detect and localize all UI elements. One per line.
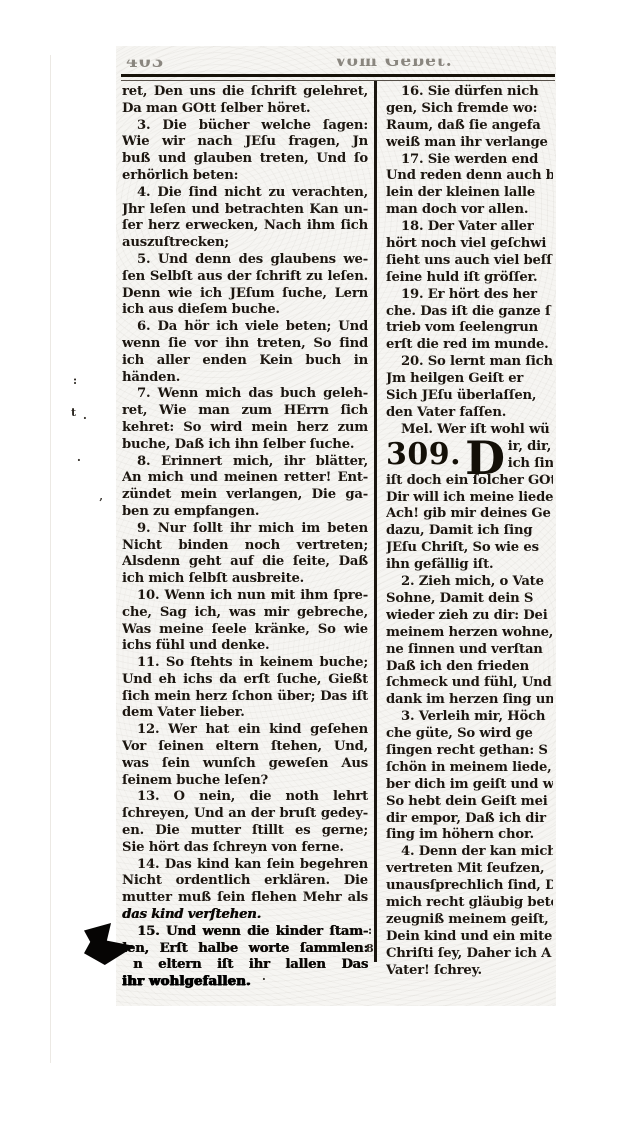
ink-speck: .: [262, 972, 266, 982]
text-line: 10. Wenn ich nun mit ihm ſpre-: [122, 588, 368, 605]
text-line: meinem herzen wohne,: [386, 625, 553, 642]
text-line: Da man GOtt ſelber höret.: [122, 101, 368, 118]
text-line: 17. Sie werden end: [386, 152, 553, 169]
text-line: wieder zieh zu dir: Dei: [386, 608, 553, 625]
hymn-dropcap-initial: D: [465, 439, 505, 477]
text-line: Chriſti ſey, Daher ich A: [386, 946, 553, 963]
text-line: 6. Da hör ich viele beten; Und: [122, 319, 368, 336]
text-line: 8. Erinnert mich, ihr blätter,: [122, 454, 368, 471]
text-line: 19. Er hört des her: [386, 287, 553, 304]
text-line: Jm heilgen Geiſt er: [386, 371, 553, 388]
text-line: Nicht binden noch vertreten;: [122, 538, 368, 555]
text-line: Raum, daß ſie angefa: [386, 118, 553, 135]
text-line: ich mich ſelbſt ausbreite.: [122, 571, 368, 588]
column-divider-rule: [374, 81, 377, 962]
text-line: en. Die mutter ſtillt es gerne;: [122, 823, 368, 840]
text-line: das kind verſtehen.: [122, 907, 368, 924]
text-line: Jhr leſen und betrachten Kan un-: [122, 202, 368, 219]
text-line: 5. Und denn des glaubens we-: [122, 252, 368, 269]
text-line: 4. Die ſind nicht zu verachten,: [122, 185, 368, 202]
ink-speck: 8: [366, 944, 374, 954]
text-line: JEſu Chriſt, So wie es: [386, 540, 553, 557]
right-column-top-lines: 16. Sie dürfen nichgen, Sich fremde wo:R…: [386, 84, 553, 439]
text-line: man doch vor allen.: [386, 202, 553, 219]
ink-speck: t: [71, 408, 76, 418]
text-line: 14. Das kind kan ſein begehren: [122, 857, 368, 874]
text-line: 11. So ſtehts in keinem buche;: [122, 655, 368, 672]
text-line: 18. Der Vater aller: [386, 219, 553, 236]
text-line: wenn ſie vor ihn treten, So find: [122, 336, 368, 353]
text-line: Daß ich den frieden: [386, 659, 553, 676]
text-line: Nicht ordentlich erklären. Die: [122, 873, 368, 890]
hymn-dropcap-sidelines: ir, dir, Je ich ſingen,: [508, 439, 553, 473]
text-line: vertreten Mit ſeufzen,: [386, 861, 553, 878]
text-line: ir, dir, Je: [508, 439, 553, 454]
text-line: lein der kleinen lalle: [386, 185, 553, 202]
hymn-309-heading: 309. D ir, dir, Je ich ſingen,: [386, 439, 553, 473]
hymn-number: 309.: [386, 439, 461, 471]
text-line: 7. Wenn mich das buch geleh-: [122, 386, 368, 403]
text-line: mich recht gläubig bete: [386, 895, 553, 912]
text-line: 12. Wer hat ein kind geſehen: [122, 722, 368, 739]
text-line: buß und glauben treten, Und ſo: [122, 151, 368, 168]
header-rule-thin: [121, 80, 555, 81]
text-line: che, Sag ich, was mir gebreche,: [122, 605, 368, 622]
text-line: An mich und meinen retter! Ent-: [122, 470, 368, 487]
text-line: che. Das iſt die ganze ſ: [386, 304, 553, 321]
text-line: gen, Sich fremde wo:: [386, 101, 553, 118]
text-line: ſeine huld iſt gröſſer.: [386, 270, 553, 287]
text-line: ret, Den uns die ſchrift gelehret,: [122, 84, 368, 101]
text-line: erſt die red im munde.: [386, 337, 553, 354]
text-line: auszuſtrecken;: [122, 235, 368, 252]
text-line: Sohne, Damit dein S: [386, 591, 553, 608]
text-line: 9. Nur ſollt ihr mich im beten: [122, 521, 368, 538]
text-line: Und eh ichs da erſt ſuche, Gießt: [122, 672, 368, 689]
text-line: ſen Selbſt aus der ſchrift zu leſen.: [122, 269, 368, 286]
text-line: Wie wir nach JEſu fragen, Jn: [122, 134, 368, 151]
text-line: trieb vom ſeelengrun: [386, 320, 553, 337]
text-line: ſeinem buche leſen?: [122, 773, 368, 790]
ink-speck: ’: [99, 498, 103, 508]
text-line: buche, Daß ich ihn ſelber ſuche.: [122, 437, 368, 454]
text-line: 16. Sie dürfen nich: [386, 84, 553, 101]
text-line: Alsdenn geht auf die ſeite, Daß: [122, 554, 368, 571]
text-line: Sie hört das ſchreyn von ferne.: [122, 840, 368, 857]
scanned-book-page: 403 Vom Gebet. ret, Den uns die ſchrift …: [0, 0, 640, 1121]
text-line: iſt doch ein ſolcher GOt: [386, 473, 553, 490]
text-line: Was meine ſeele kränke, So wie: [122, 622, 368, 639]
ink-speck: ·: [77, 456, 81, 466]
right-column-bottom-lines: iſt doch ein ſolcher GOtDir will ich mei…: [386, 473, 553, 980]
text-line: dir empor, Daß ich dir: [386, 811, 553, 828]
page-scan-edge: [50, 55, 51, 1063]
text-line: ber dich im geiſt und wah: [386, 777, 553, 794]
text-line: ihr wohlgefallen.: [122, 974, 368, 991]
text-line: was ſein wunſch geweſen Aus: [122, 756, 368, 773]
page-number: 403: [126, 52, 165, 72]
text-line: kehret: So wird mein herz zum: [122, 420, 368, 437]
text-line: Dir will ich meine liede: [386, 490, 553, 507]
text-line: ſer herz erwecken, Nach ihm ſich: [122, 218, 368, 235]
text-line: Vater! ſchrey.: [386, 963, 553, 980]
text-line: dem Vater lieber.: [122, 705, 368, 722]
text-line: ſing im höhern chor.: [386, 827, 553, 844]
text-line: ben zu empfangen.: [122, 504, 368, 521]
text-line: Denn wie ich JEſum ſuche, Lern: [122, 286, 368, 303]
ink-speck: :: [73, 376, 77, 386]
text-line: len, Erſt halbe worte ſammlen:: [122, 941, 368, 958]
text-line: ich aller enden Kein buch in ihren: [122, 353, 368, 370]
text-line: n eltern iſt ihr lallen Das: [122, 957, 368, 974]
text-line: unausſprechlich ſind, D: [386, 878, 553, 895]
text-line: händen.: [122, 370, 368, 387]
text-line: 15. Und wenn die kinder ſtam-: [122, 924, 368, 941]
text-line: ich aus dieſem buche.: [122, 302, 368, 319]
text-line: 4. Denn der kan mich: [386, 844, 553, 861]
text-line: 3. Die bücher welche ſagen:: [122, 118, 368, 135]
left-text-column: ret, Den uns die ſchrift gelehret,Da man…: [122, 84, 368, 991]
text-line: Ach! gib mir deines Ge: [386, 506, 553, 523]
text-line: ſchön in meinem liede,: [386, 760, 553, 777]
text-line: che güte, So wird ge: [386, 726, 553, 743]
text-line: ret, Wie man zum HErrn ſich: [122, 403, 368, 420]
text-line: 2. Zieh mich, o Vate: [386, 574, 553, 591]
text-line: zündet mein verlangen, Die ga-: [122, 487, 368, 504]
text-line: zeugniß meinem geiſt,: [386, 912, 553, 929]
text-line: erhörlich beten:: [122, 168, 368, 185]
text-line: dank im herzen ſing und: [386, 692, 553, 709]
text-line: weiß man ihr verlange: [386, 135, 553, 152]
ink-speck: :: [368, 926, 372, 936]
text-line: ſich mein herz ſchon über; Das iſt: [122, 689, 368, 706]
right-text-column: 16. Sie dürfen nichgen, Sich fremde wo:R…: [386, 84, 553, 979]
text-line: Sich JEſu überlaſſen,: [386, 388, 553, 405]
text-line: ſchreyen, Und an der bruſt gedey-: [122, 806, 368, 823]
running-head: Vom Gebet.: [334, 51, 453, 71]
text-line: dazu, Damit ich ſing: [386, 523, 553, 540]
text-line: ſchmeck und fühl, Und: [386, 675, 553, 692]
text-line: ihn gefällig iſt.: [386, 557, 553, 574]
text-line: 3. Verleih mir, Höch: [386, 709, 553, 726]
text-line: ne ſinnen und verſtan: [386, 642, 553, 659]
text-line: Dein kind und ein mite: [386, 929, 553, 946]
text-line: hört noch viel geſchwi: [386, 236, 553, 253]
text-line: 13. O nein, die noth lehrt: [122, 789, 368, 806]
text-line: mutter muß ſein flehen Mehr als: [122, 890, 368, 907]
header-rule-thick: [121, 74, 555, 77]
text-line: den Vater faſſen.: [386, 405, 553, 422]
text-line: 20. So lernt man ſich: [386, 354, 553, 371]
text-line: So hebt dein Geiſt mei: [386, 794, 553, 811]
text-line: ſingen recht gethan: S: [386, 743, 553, 760]
ink-speck: .: [83, 411, 87, 421]
text-line: ſieht uns auch viel beſſ: [386, 253, 553, 270]
text-line: ichs fühl und denke.: [122, 638, 368, 655]
text-line: Und reden denn auch b: [386, 168, 553, 185]
text-line: Vor ſeinen eltern ſtehen, Und,: [122, 739, 368, 756]
text-line: ich ſingen,: [508, 456, 553, 471]
